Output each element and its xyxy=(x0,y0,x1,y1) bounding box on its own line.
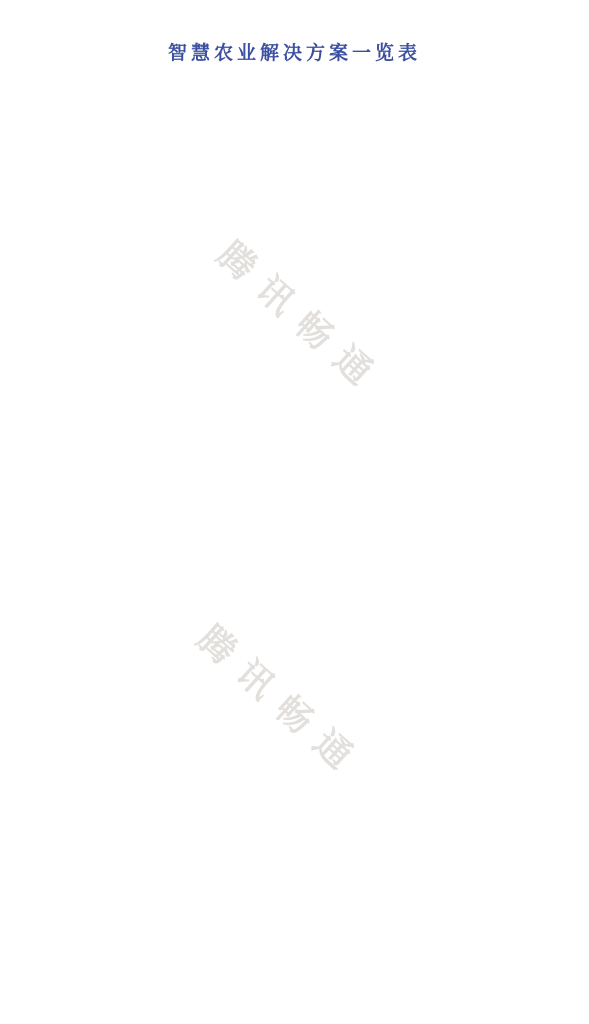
watermark-text: 腾讯畅通 xyxy=(188,612,377,789)
page: 智慧农业解决方案一览表 腾讯畅通 腾讯畅通 xyxy=(0,0,589,1024)
page-title: 智慧农业解决方案一览表 xyxy=(0,38,589,65)
watermark-text: 腾讯畅通 xyxy=(208,228,397,405)
